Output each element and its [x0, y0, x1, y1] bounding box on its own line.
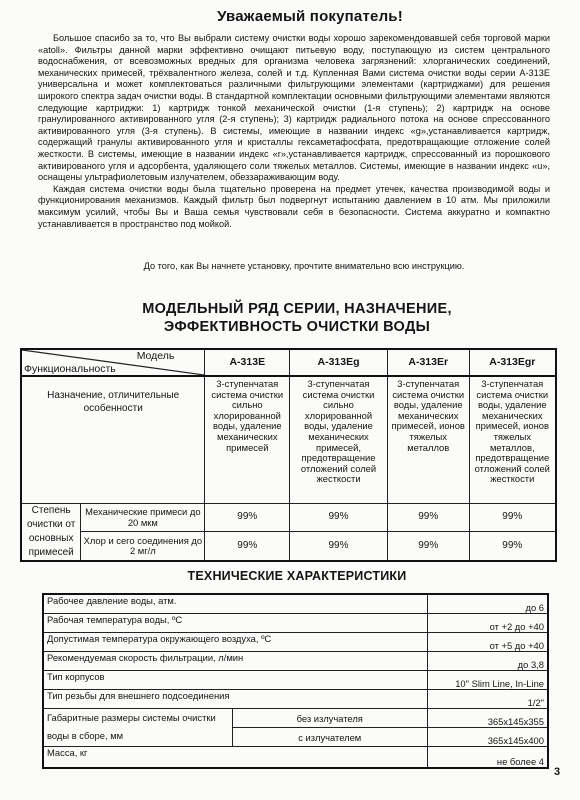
spec-value: 10" Slim Line, In-Line — [427, 671, 548, 690]
spec-label: Габаритные размеры системы очистки воды … — [43, 709, 232, 747]
function-label: Функциональность — [24, 364, 116, 375]
purpose-cell: 3-ступенчатая система очистки воды, удал… — [387, 376, 469, 504]
intro-paragraph-1: Большое спасибо за то, что Вы выбрали си… — [38, 33, 550, 184]
diagonal-header-cell: Модель Функциональность — [21, 349, 205, 376]
spec-value: до 6 — [427, 594, 548, 614]
models-header-row: Модель Функциональность А-313Е А-313Eg А… — [21, 349, 556, 376]
spec-row: Рабочее давление воды, атм. до 6 — [43, 594, 548, 614]
efficiency-row: Хлор и сего соединения до 2 мг/л 99% 99%… — [21, 532, 556, 561]
efficiency-value: 99% — [290, 532, 388, 561]
model-header: А-313Egr — [469, 349, 556, 376]
spec-row: Тип корпусов 10" Slim Line, In-Line — [43, 671, 548, 690]
spec-row: Рекомендуемая скорость фильтрации, л/мин… — [43, 652, 548, 671]
efficiency-value: 99% — [387, 504, 469, 532]
purpose-label: Назначение, отличительные особенности — [21, 376, 205, 504]
efficiency-row-label: Механические примеси до 20 мкм — [81, 504, 205, 532]
model-header: А-313Е — [205, 349, 290, 376]
spec-label: Рабочая температура воды, ºС — [43, 614, 427, 633]
efficiency-row: Степень очистки от основных примесей Мех… — [21, 504, 556, 532]
model-header: А-313Er — [387, 349, 469, 376]
models-title-line-1: МОДЕЛЬНЫЙ РЯД СЕРИИ, НАЗНАЧЕНИЕ, — [14, 300, 580, 318]
intro-note: До того, как Вы начнете установку, прочт… — [0, 261, 580, 271]
efficiency-row-label: Хлор и сего соединения до 2 мг/л — [81, 532, 205, 561]
models-section-title: МОДЕЛЬНЫЙ РЯД СЕРИИ, НАЗНАЧЕНИЕ, ЭФФЕКТИ… — [0, 300, 580, 336]
dimension-variant-label: с излучателем — [232, 728, 427, 747]
specs-table: Рабочее давление воды, атм. до 6 Рабочая… — [42, 593, 549, 769]
model-header: А-313Eg — [290, 349, 388, 376]
spec-value: 1/2" — [427, 690, 548, 709]
efficiency-group-label: Степень очистки от основных примесей — [21, 504, 81, 562]
spec-row: Допустимая температура окружающего возду… — [43, 633, 548, 652]
efficiency-value: 99% — [290, 504, 388, 532]
purpose-cell: 3-ступенчатая система очистки сильно хло… — [290, 376, 388, 504]
intro-text: Большое спасибо за то, что Вы выбрали си… — [38, 33, 550, 230]
page-heading: Уважаемый покупатель! — [0, 8, 580, 25]
intro-paragraph-2: Каждая система очистки воды была тщатель… — [38, 184, 550, 230]
models-table: Модель Функциональность А-313Е А-313Eg А… — [20, 348, 557, 562]
spec-label: Масса, кг — [43, 747, 427, 769]
models-title-line-2: ЭФФЕКТИВНОСТЬ ОЧИСТКИ ВОДЫ — [14, 318, 580, 336]
model-label: Модель — [137, 351, 175, 362]
efficiency-value: 99% — [205, 504, 290, 532]
page-number: 3 — [554, 766, 560, 778]
purpose-cell: 3-ступенчатая система очистки сильно хло… — [205, 376, 290, 504]
purpose-row: Назначение, отличительные особенности 3-… — [21, 376, 556, 504]
efficiency-value: 99% — [469, 504, 556, 532]
spec-row: Масса, кг не более 4 — [43, 747, 548, 769]
efficiency-value: 99% — [205, 532, 290, 561]
spec-label: Тип резьбы для внешнего подсоединения — [43, 690, 427, 709]
dimension-variant-label: без излучателя — [232, 709, 427, 728]
spec-value: от +2 до +40 — [427, 614, 548, 633]
specs-section-title: ТЕХНИЧЕСКИЕ ХАРАКТЕРИСТИКИ — [0, 569, 580, 583]
spec-value: 365х145х400 — [427, 728, 548, 747]
purpose-cell: 3-ступенчатая система очистки воды, удал… — [469, 376, 556, 504]
spec-value: до 3,8 — [427, 652, 548, 671]
spec-label: Допустимая температура окружающего возду… — [43, 633, 427, 652]
spec-value: не более 4 — [427, 747, 548, 769]
spec-label: Тип корпусов — [43, 671, 427, 690]
efficiency-value: 99% — [469, 532, 556, 561]
spec-row: Тип резьбы для внешнего подсоединения 1/… — [43, 690, 548, 709]
spec-label: Рабочее давление воды, атм. — [43, 594, 427, 614]
efficiency-value: 99% — [387, 532, 469, 561]
spec-row-dimensions: Габаритные размеры системы очистки воды … — [43, 709, 548, 728]
spec-label: Рекомендуемая скорость фильтрации, л/мин — [43, 652, 427, 671]
spec-row: Рабочая температура воды, ºС от +2 до +4… — [43, 614, 548, 633]
spec-value: от +5 до +40 — [427, 633, 548, 652]
spec-value: 365х145х355 — [427, 709, 548, 728]
